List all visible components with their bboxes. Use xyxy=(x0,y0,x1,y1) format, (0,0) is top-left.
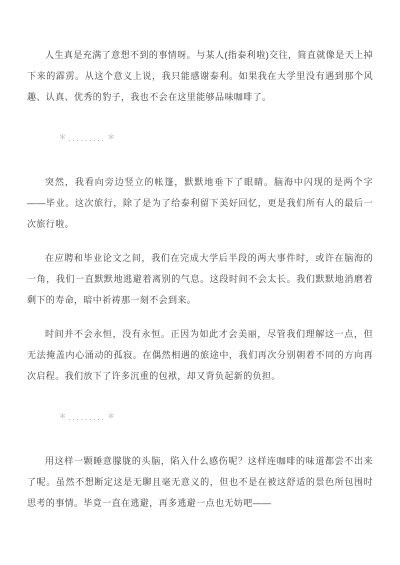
scene-separator-1: ＊ ········· ＊ xyxy=(59,135,114,145)
separator-dots: ········· xyxy=(68,136,105,146)
paragraph-1: 人生真是充满了意想不到的事情呀。与某人(指泰利啦)交往，简直就像是天上掉下来的霹… xyxy=(27,45,373,108)
separator-star-icon: ＊ xyxy=(59,133,66,143)
paragraph-5: 用这样一颗睡意朦胧的头脑，陷入什么感伤呢？这样连咖啡的味道都尝不出来了呢。虽然不… xyxy=(27,451,373,514)
separator-star-icon: ＊ xyxy=(107,133,114,143)
paragraph-3: 在应聘和毕业论文之间，我们在完成大学后半段的两大事件时，或许在脑海的一角，我们一… xyxy=(27,248,373,311)
separator-star-icon: ＊ xyxy=(107,412,114,422)
separator-dots: ········· xyxy=(68,415,105,425)
paragraph-2: 突然，我看向旁边竖立的帐篷，默默地垂下了眼睛。脑海中闪现的是两个字——毕业。这次… xyxy=(27,172,373,235)
paragraph-4: 时间并不会永恒，没有永恒。正因为如此才会美丽，尽管我们理解这一点，但无法掩盖内心… xyxy=(27,324,373,387)
scene-separator-2: ＊ ········· ＊ xyxy=(59,414,114,424)
reader-page: 人生真是充满了意想不到的事情呀。与某人(指泰利啦)交往，简直就像是天上掉下来的霹… xyxy=(0,0,400,565)
separator-star-icon: ＊ xyxy=(59,412,66,422)
